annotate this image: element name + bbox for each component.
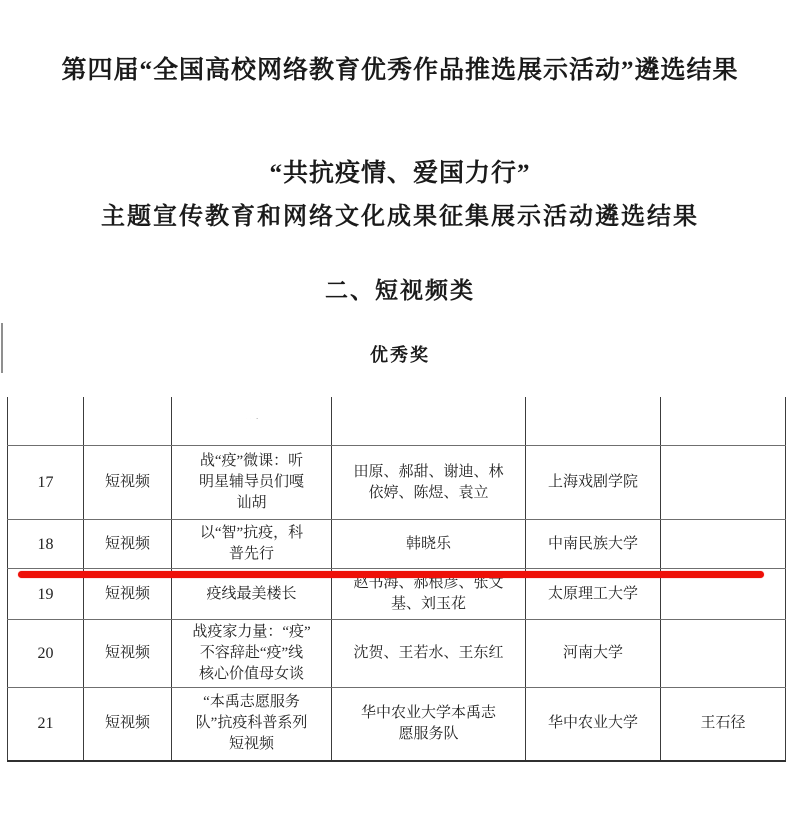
cell-advisor (661, 620, 786, 688)
cell-work-title: 战疫家力量：“疫” 不容辞赴“疫”线 核心价值母女谈 (172, 620, 332, 688)
table-row: 18 短视频 以“智”抗疫，科 普先行 韩晓乐 中南民族大学 (8, 520, 786, 569)
section-heading: 二、短视频类 (0, 272, 800, 305)
subtitle-line-2: 主题宣传教育和网络文化成果征集展示活动遴选结果 (0, 196, 800, 231)
cell-empty (332, 397, 526, 446)
cell-serial: 20 (8, 620, 84, 688)
subtitle-line-1: “共抗疫情、爱国力行” (0, 153, 800, 189)
cell-authors: 华中农业大学本禹志 愿服务队 (332, 688, 526, 761)
cell-empty (526, 397, 661, 446)
cell-advisor (661, 446, 786, 520)
cell-empty (84, 397, 172, 446)
cell-authors: 韩晓乐 (332, 520, 526, 569)
cell-school: 华中农业大学 (526, 688, 661, 761)
table-row: 17 短视频 战“疫”微课：听 明星辅导员们嘎 讪胡 田原、郝甜、谢迪、林 依婷… (8, 446, 786, 520)
results-table: 讪 17 短视频 战“疫”微课：听 明星辅导员们嘎 讪胡 田原、郝甜、谢迪、林 … (7, 397, 786, 762)
cell-category: 短视频 (84, 446, 172, 520)
cell-advisor: 王石径 (661, 688, 786, 761)
clipped-text-fragment: 讪 (172, 418, 331, 424)
cell-category: 短视频 (84, 688, 172, 761)
award-heading: 优秀奖 (0, 341, 800, 367)
cell-school: 上海戏剧学院 (526, 446, 661, 520)
red-highlight-line (18, 571, 764, 578)
cell-category: 短视频 (84, 620, 172, 688)
cell-work-title: 战“疫”微课：听 明星辅导员们嘎 讪胡 (172, 446, 332, 520)
cell-work-title: 以“智”抗疫，科 普先行 (172, 520, 332, 569)
clipped-table-row: 讪 (8, 397, 786, 446)
cell-serial: 21 (8, 688, 84, 761)
cell-category: 短视频 (84, 520, 172, 569)
cell-advisor (661, 520, 786, 569)
cell-empty (8, 397, 84, 446)
cell-school: 河南大学 (526, 620, 661, 688)
cell-authors: 沈贺、王若水、王东红 (332, 620, 526, 688)
cell-work-title: “本禹志愿服务 队”抗疫科普系列 短视频 (172, 688, 332, 761)
table-row: 21 短视频 “本禹志愿服务 队”抗疫科普系列 短视频 华中农业大学本禹志 愿服… (8, 688, 786, 761)
cell-school: 中南民族大学 (526, 520, 661, 569)
cell-serial: 17 (8, 446, 84, 520)
document-title: 第四届“全国高校网络教育优秀作品推选展示活动”遴选结果 (0, 50, 800, 86)
document-page: 第四届“全国高校网络教育优秀作品推选展示活动”遴选结果 “共抗疫情、爱国力行” … (0, 0, 800, 814)
table-row: 20 短视频 战疫家力量：“疫” 不容辞赴“疫”线 核心价值母女谈 沈贺、王若水… (8, 620, 786, 688)
scan-edge-artifact (1, 323, 3, 373)
cell-authors: 田原、郝甜、谢迪、林 依婷、陈煜、袁立 (332, 446, 526, 520)
cell-serial: 18 (8, 520, 84, 569)
cell-clipped-text: 讪 (172, 397, 332, 446)
cell-empty (661, 397, 786, 446)
